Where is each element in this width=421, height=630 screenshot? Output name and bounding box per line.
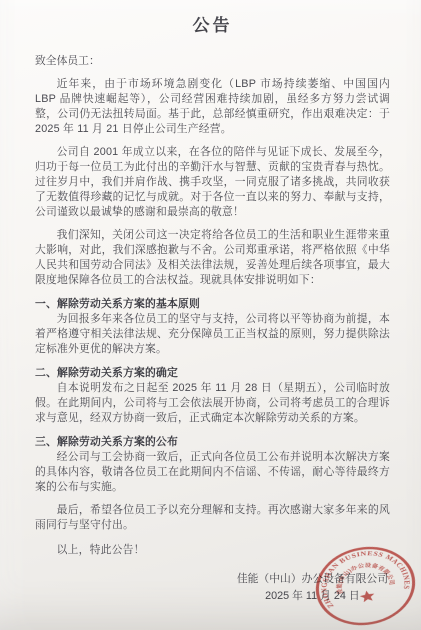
page-title: 公告 <box>35 16 390 36</box>
signature-date: 2025 年 11 月 24 日 <box>237 589 388 604</box>
section-2-heading: 二、解除劳动关系方案的确定 <box>35 366 390 381</box>
paragraph-market-situation: 近年来，由于市场环境急剧变化（LBP 市场持续萎缩、中国国内 LBP 品牌快速崛… <box>35 77 390 137</box>
announcement-document: 公告 致全体员工： 近年来，由于市场环境急剧变化（LBP 市场持续萎缩、中国国内… <box>0 0 421 604</box>
salutation: 致全体员工： <box>35 54 390 69</box>
section-1-body: 为回报多年来各位员工的坚守与支持，公司将以平等协商为前提，本着严格遵守相关法律法… <box>35 312 390 357</box>
signoff: 以上，特此公告！ <box>35 543 390 558</box>
section-3-heading: 三、解除劳动关系方案的公布 <box>35 435 390 450</box>
signature-company: 佳能（中山）办公设备有限公司 <box>237 572 388 587</box>
paragraph-commitment: 我们深知，关闭公司这一决定将给各位员工的生活和职业生涯带来重大影响，对此，我们深… <box>35 228 390 288</box>
section-1-heading: 一、解除劳动关系方案的基本原则 <box>35 297 390 312</box>
section-3-body: 经公司与工会协商一致后，正式向各位员工公布并说明本次解决方案的具体内容，敬请各位… <box>35 450 390 495</box>
paragraph-gratitude: 公司自 2001 年成立以来，在各位的陪伴与见证下成长、发展至今，归功于每一位员… <box>35 145 390 220</box>
signature-block: 佳能（中山）办公设备有限公司 2025 年 11 月 24 日 <box>35 572 390 604</box>
section-2-body: 自本说明发布之日起至 2025 年 11 月 28 日（星期五），公司临时放假。… <box>35 381 390 426</box>
closing-paragraph: 最后，希望各位员工予以充分理解和支持。再次感谢大家多年来的风雨同行与坚守付出。 <box>35 503 390 533</box>
photographed-announcement: 公告 致全体员工： 近年来，由于市场环境急剧变化（LBP 市场持续萎缩、中国国内… <box>0 0 421 630</box>
